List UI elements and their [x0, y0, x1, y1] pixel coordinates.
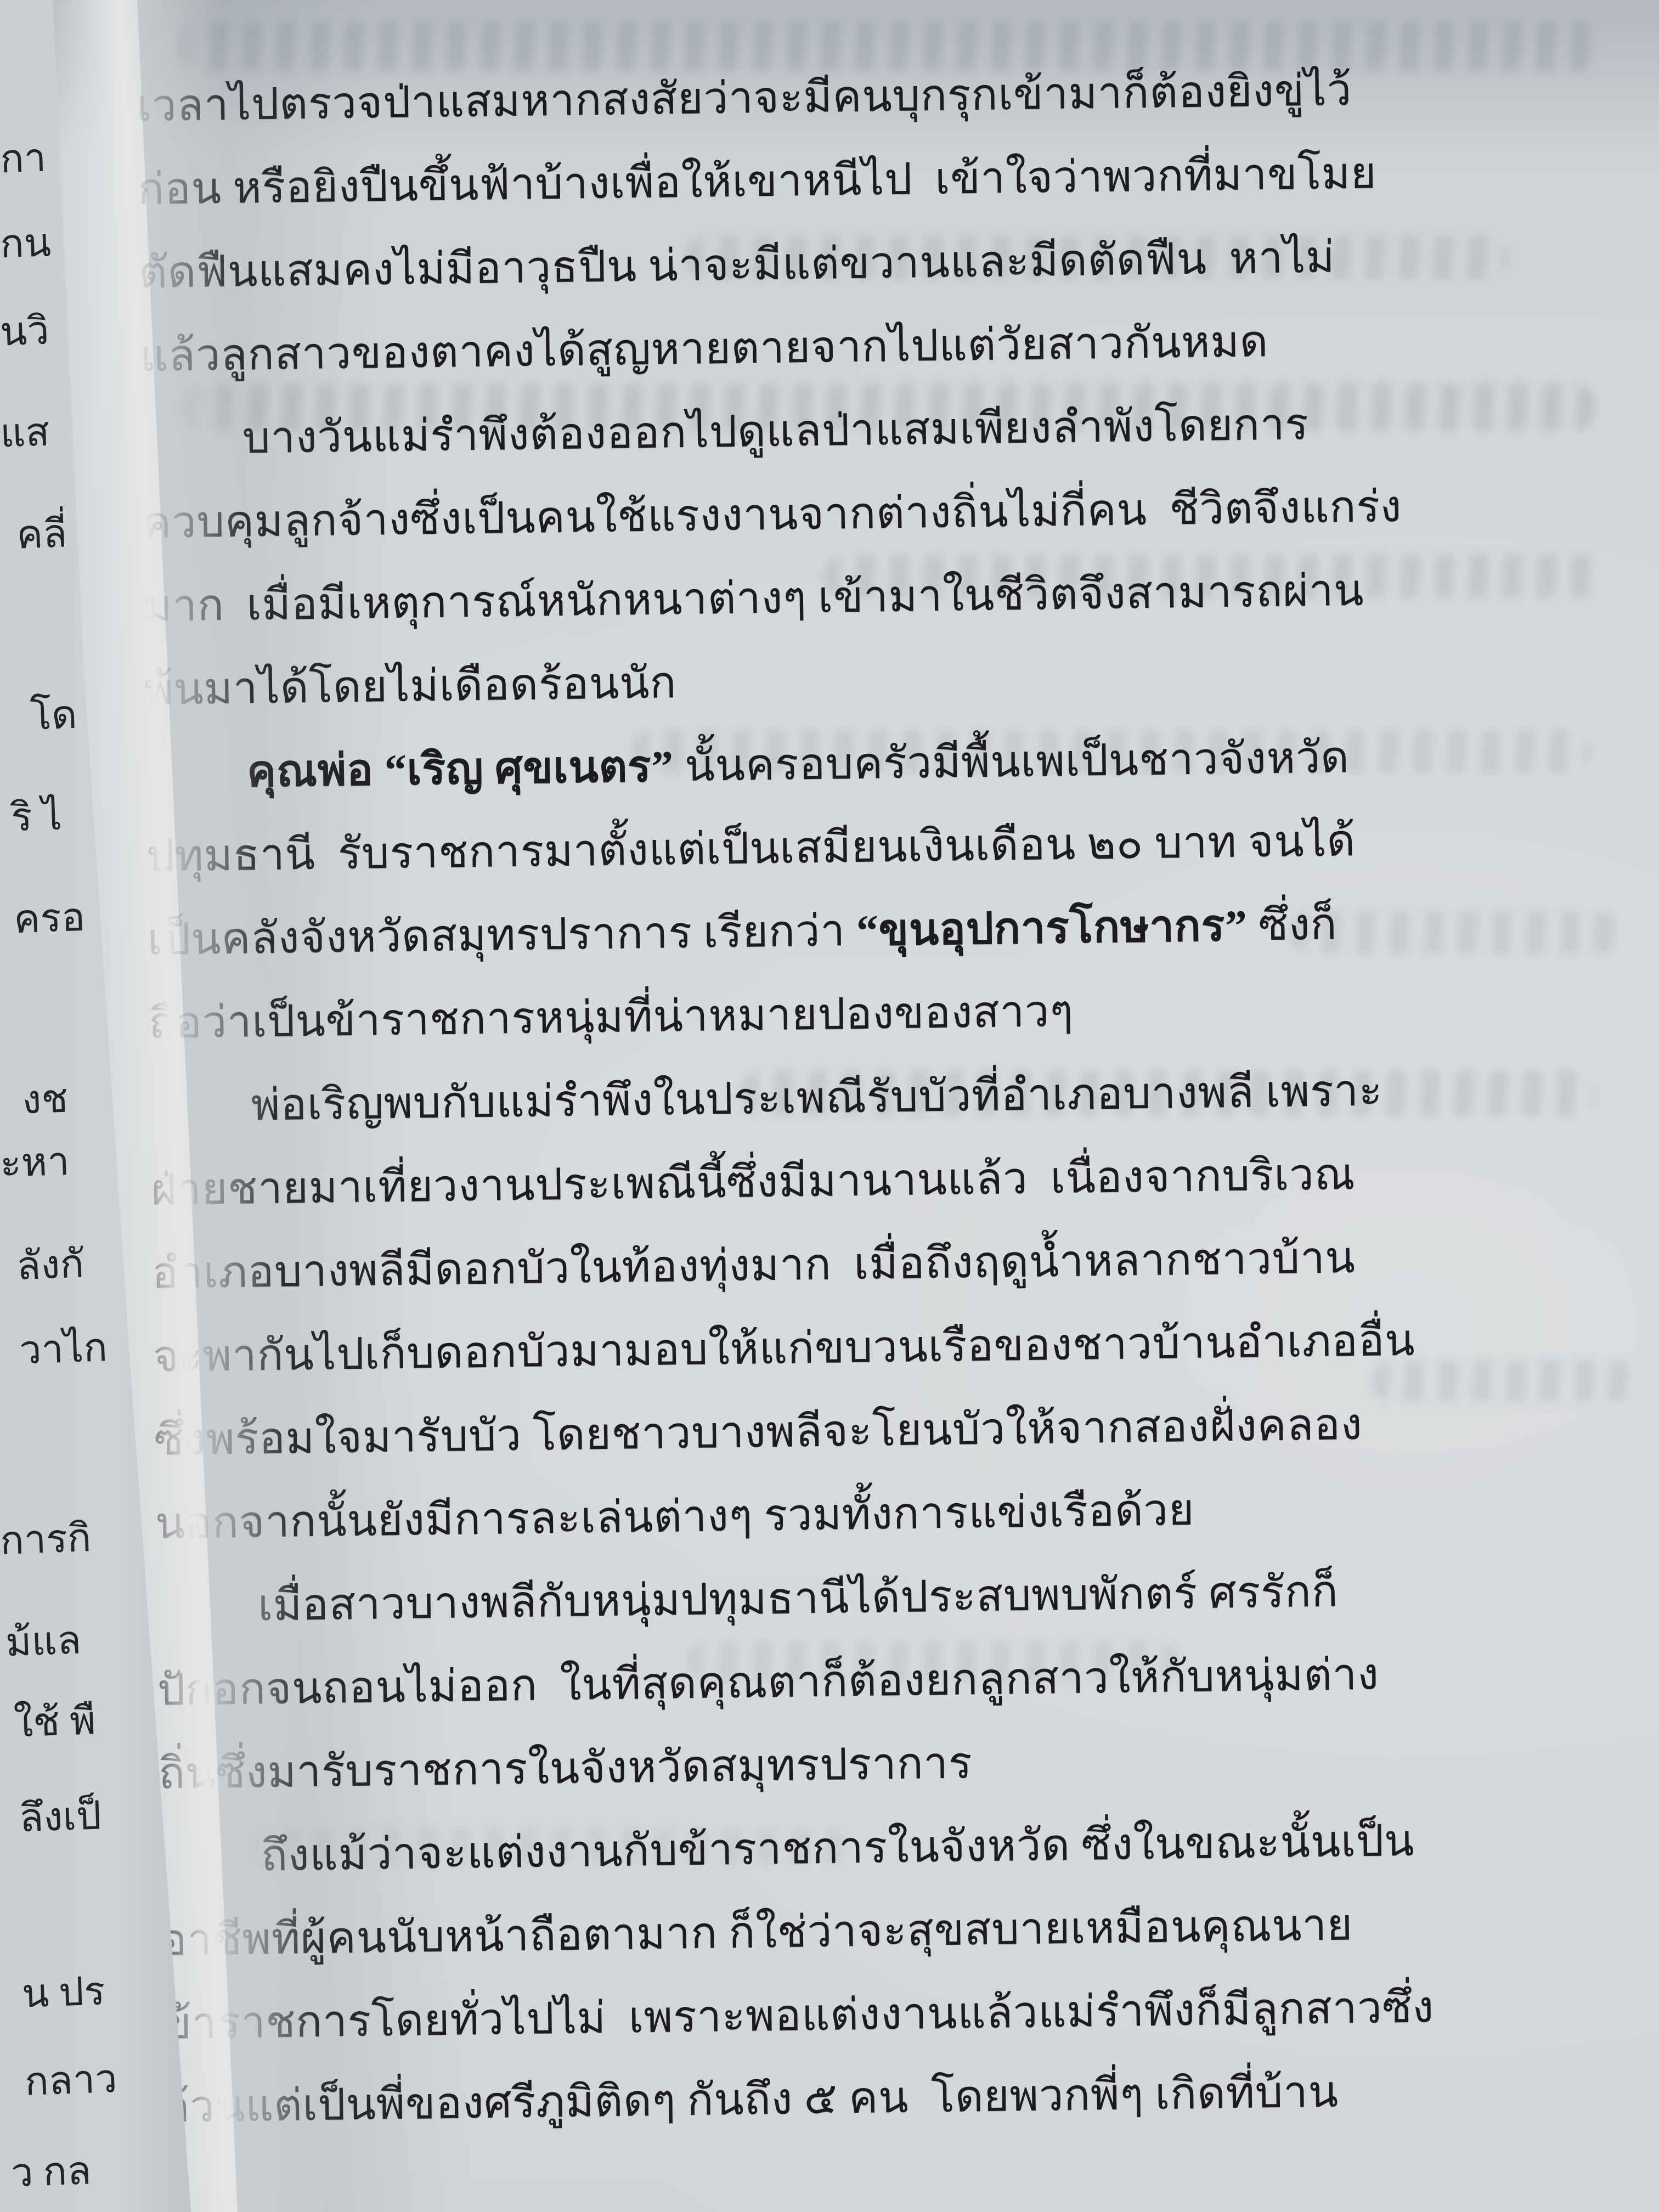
text-segment: บางวันแม่รำพึงต้องออกไปดูแลป่าแสมเพียงลำ…: [242, 400, 1309, 462]
left-page-text-fragment: คลี่: [15, 501, 68, 566]
left-page-text-fragment: ะหา: [0, 1129, 71, 1194]
left-page-text-fragment: ม้แล: [4, 1608, 82, 1674]
left-page-text-fragment: แส: [0, 399, 50, 464]
book-page-photo: เวลาไปตรวจป่าแสมหากสงสัยว่าจะมีคนบุกรุกเ…: [0, 0, 1659, 2212]
left-page-text-fragment: ลึงเป็: [18, 1783, 103, 1849]
text-segment: นั้นครอบครัวมีพื้นเพเป็นชาวจังหวัด: [673, 733, 1350, 791]
left-page-text-fragment: การกิ: [0, 1505, 92, 1572]
left-page-text-fragment: ริ ไ: [10, 783, 63, 848]
emphasized-text-segment: “ขุนอุปการโกษากร”: [856, 902, 1248, 955]
left-page-text-fragment: กน: [0, 210, 52, 275]
left-page-text-fragment: นวิ: [0, 298, 50, 363]
left-page-text-fragment: โด: [29, 682, 78, 747]
text-segment: ซึ่งก็: [1247, 900, 1338, 950]
left-page-text-fragment: ลังกั: [15, 1232, 85, 1297]
left-page-text-fragment: ใช้ พื: [13, 1688, 97, 1754]
left-page-text-fragment: กลาว: [24, 2046, 118, 2113]
left-page-text-fragment: กา: [0, 126, 47, 190]
left-page-text-fragment: วาไก: [18, 1315, 109, 1381]
left-page-text-fragment: ว กล: [10, 2138, 92, 2204]
left-page-text-fragment: ครอ: [13, 885, 86, 950]
left-page-text-fragment: งช: [21, 1066, 69, 1131]
left-page-text-fragment: น ปร: [21, 1959, 106, 2024]
